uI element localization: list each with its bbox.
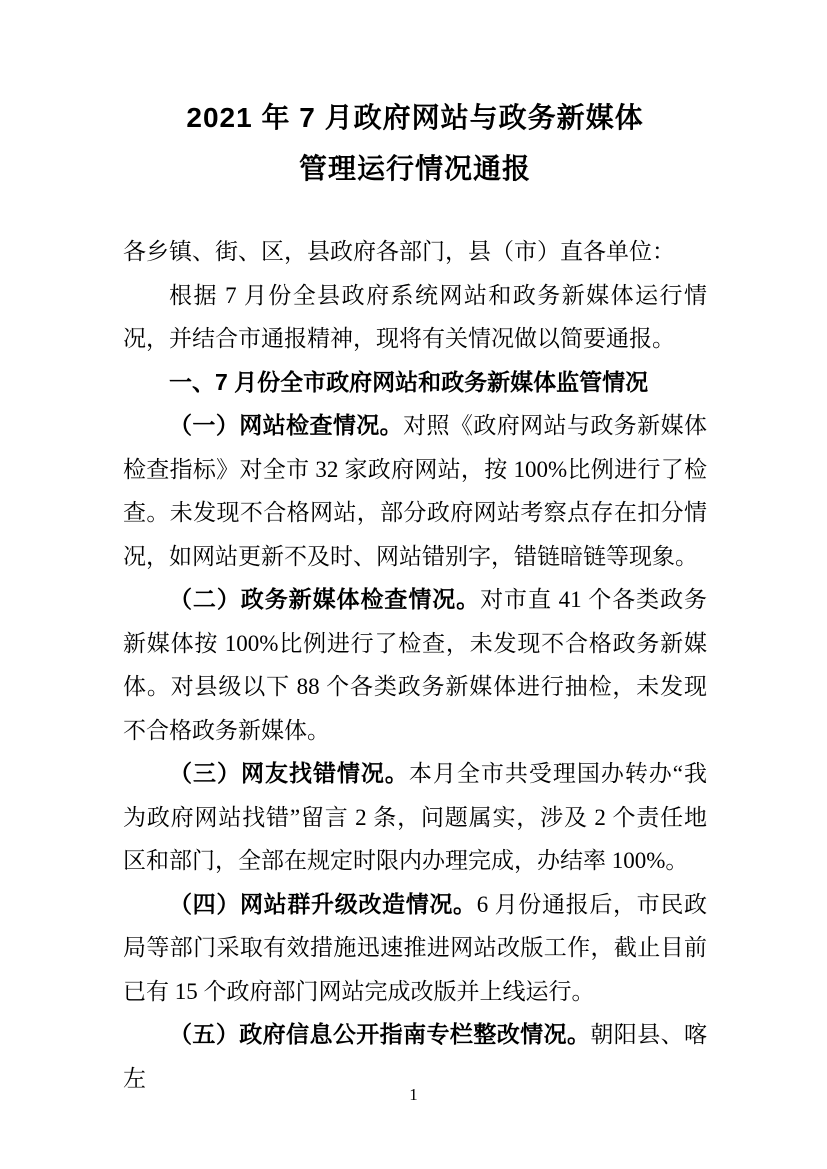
item-paragraph-3: （三）网友找错情况。本月全市共受理国办转办“我为政府网站找错”留言 2 条，问题… (123, 752, 707, 883)
title-line-1: 2021 年 7 月政府网站与政务新媒体 (123, 92, 707, 143)
item-4-lead: （四）网站群升级改造情况。 (169, 891, 477, 917)
item-5-lead: （五）政府信息公开指南专栏整改情况。 (169, 1021, 590, 1047)
intro-paragraph: 根据 7 月份全县政府系统网站和政务新媒体运行情况，并结合市通报精神，现将有关情… (123, 274, 707, 361)
item-2-lead: （二）政务新媒体检查情况。 (169, 586, 480, 612)
item-1-lead: （一）网站检查情况。 (169, 412, 403, 438)
document-body: 各乡镇、街、区，县政府各部门，县（市）直各单位： 根据 7 月份全县政府系统网站… (123, 230, 707, 1100)
item-paragraph-4: （四）网站群升级改造情况。6 月份通报后，市民政局等部门采取有效措施迅速推进网站… (123, 883, 707, 1014)
salutation-line: 各乡镇、街、区，县政府各部门，县（市）直各单位： (123, 230, 707, 274)
item-paragraph-1: （一）网站检查情况。对照《政府网站与政务新媒体检查指标》对全市 32 家政府网站… (123, 404, 707, 578)
title-line-2: 管理运行情况通报 (123, 143, 707, 194)
item-3-lead: （三）网友找错情况。 (169, 760, 409, 786)
section-1-heading: 一、7 月份全市政府网站和政务新媒体监管情况 (123, 361, 707, 405)
page-number: 1 (0, 1085, 827, 1105)
document-page: 2021 年 7 月政府网站与政务新媒体 管理运行情况通报 各乡镇、街、区，县政… (0, 0, 827, 1169)
document-title: 2021 年 7 月政府网站与政务新媒体 管理运行情况通报 (123, 92, 707, 194)
item-paragraph-2: （二）政务新媒体检查情况。对市直 41 个各类政务新媒体按 100%比例进行了检… (123, 578, 707, 752)
